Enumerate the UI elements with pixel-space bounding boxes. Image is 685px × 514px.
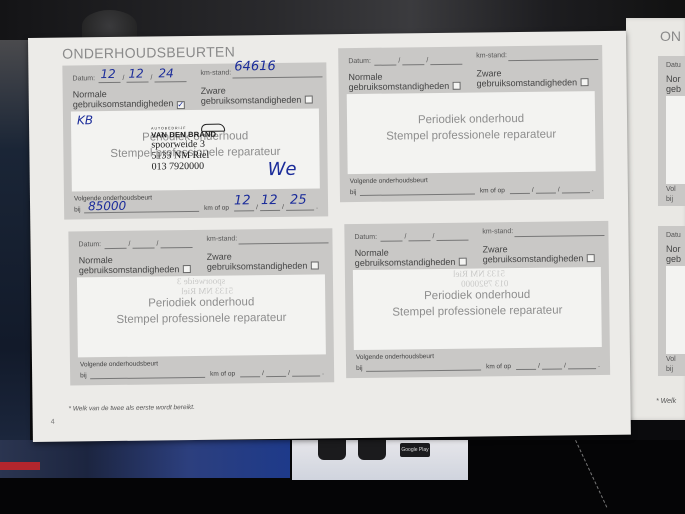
km-reading-field[interactable] [514,235,604,237]
date-year-field[interactable] [430,64,462,65]
normal-conditions: Normale gebruiksomstandigheden [79,254,191,275]
at-label: bij [80,372,87,379]
service-entry-1: Datum: / / 12 12 24 km-stand: 64616 Norm… [62,62,328,219]
km-reading-field[interactable] [239,242,329,244]
heavy-conditions: Zware gebruiksomstandigheden [476,67,588,88]
normal-conditions: Normale gebruiksomstandigheden [355,247,467,268]
next-month-field[interactable] [536,193,556,194]
signature: We [267,159,296,180]
ghost-stamp-city: 5133 NM Riel [181,286,233,297]
next-month-field[interactable] [260,210,280,211]
next-month-value: 12 [261,193,278,208]
next-service-label: Volgende onderhoudsbeurt [356,353,434,361]
date-year-value: 24 [158,66,173,80]
footnote: * Welk van de twee als eerste wordt bere… [68,404,194,413]
stamp-area[interactable]: Periodiek onderhoud Stempel professionel… [347,91,596,174]
notes-handwriting: KB [77,113,93,127]
normal-conditions-checkbox[interactable] [458,258,466,266]
app-leaflet: Google Play [292,440,468,480]
next-service-label: Volgende onderhoudsbeurt [80,360,158,368]
next-km-field[interactable] [366,369,481,371]
heavy-conditions: Zware gebruiksomstandigheden [483,243,595,264]
stamp-caption-line2: Stempel professionele reparateur [77,310,325,328]
date-month-value: 12 [128,67,143,81]
km-reading-field[interactable] [232,76,322,78]
stamp-area[interactable]: Periodiek onderhoud Stempel professionel… [77,274,326,357]
stamp-caption-line2: Stempel professionele reparateur [347,127,595,145]
service-entry-4: Datum: / / km-stand: Normale gebruiksoms… [344,221,610,378]
at-label: bij [350,189,357,196]
date-month-field[interactable] [409,240,431,241]
service-entry-3: Datum: / / km-stand: Normale gebruiksoms… [68,228,334,385]
shield-app-icon-2 [358,440,386,460]
at-label: bij [74,206,81,213]
ghost-stamp-street: spoorweide 3 [177,276,225,287]
stamp-caption-line1: Periodiek onderhoud [353,287,601,305]
stamp-area[interactable]: Periodiek onderhoud Stempel professionel… [71,108,320,191]
date-month-field[interactable] [127,82,149,83]
normal-conditions-checkbox[interactable] [452,82,460,90]
next-km-field[interactable] [90,377,205,379]
date-day-field[interactable] [105,248,127,249]
km-reading-field[interactable] [508,59,598,61]
page-number: 4 [51,419,55,426]
km-reading-label: km-stand: [200,70,231,77]
date-label: Datum: [354,234,377,241]
next-year-value: 25 [290,193,307,208]
next-day-field[interactable] [510,193,530,194]
date-label: Datum: [72,75,95,82]
km-reading-value: 64616 [234,59,276,75]
garage-stamp: AUTOBEDRIJFVAN DEN BRANDspoorweide 35133… [151,125,242,186]
normal-conditions: Normale gebruiksomstandigheden [348,71,460,92]
next-year-field[interactable] [562,192,590,193]
date-day-field[interactable] [381,240,403,241]
date-year-field[interactable] [161,247,193,248]
date-day-field[interactable] [99,82,121,83]
km-or-on-label: km of op [486,363,511,370]
stamp-caption-line1: Periodiek onderhoud [347,111,595,129]
page-title: ONDERHOUDSBEURTEN [62,43,235,61]
km-or-on-label: km of op [210,370,235,377]
normal-conditions-checkbox[interactable]: ✓ [176,101,184,109]
next-year-field[interactable] [286,210,314,211]
heavy-conditions: Zware gebruiksomstandigheden [207,250,319,271]
heavy-conditions-checkbox[interactable] [580,78,588,86]
date-month-field[interactable] [402,64,424,65]
normal-conditions: Normale gebruiksomstandigheden✓ [73,88,185,110]
ghost-stamp-phone: 013 7920000 [461,278,508,289]
next-day-value: 12 [234,193,251,208]
date-month-field[interactable] [133,247,155,248]
next-service-label: Volgende onderhoudsbeurt [350,177,428,185]
stamp-caption-line2: Stempel professionele reparateur [353,303,601,321]
date-day-field[interactable] [374,65,396,66]
heavy-conditions-checkbox[interactable] [586,254,594,262]
right-page: ON Datu Nor geb Vol bij Datu Nor geb Vol… [626,18,685,420]
shield-app-icon [318,440,346,460]
at-label: bij [356,365,363,372]
km-reading-label: km-stand: [476,52,507,59]
stamp-caption-line1: Periodiek onderhoud [77,294,325,312]
km-reading-label: km-stand: [482,228,513,235]
next-year-field[interactable] [292,375,320,376]
car-logo-icon [201,124,225,132]
km-or-on-label: km of op [204,205,229,212]
next-year-field[interactable] [568,368,596,369]
next-km-field[interactable] [360,194,475,196]
normal-conditions-checkbox[interactable] [182,265,190,273]
service-entry-2: Datum: / / km-stand: Normale gebruiksoms… [338,45,604,202]
next-month-field[interactable] [266,376,286,377]
background-card [0,440,290,478]
date-day-value: 12 [100,67,115,81]
google-play-badge: Google Play [400,443,430,457]
next-month-field[interactable] [542,368,562,369]
background-left [0,40,30,480]
date-label: Datum: [348,58,371,65]
ghost-stamp-city: 5133 NM Riel [453,268,505,279]
km-reading-label: km-stand: [206,235,237,242]
next-day-field[interactable] [240,376,260,377]
right-page-title: ON [660,28,681,44]
next-km-value: 85000 [88,199,126,213]
next-day-field[interactable] [516,369,536,370]
km-or-on-label: km of op [480,187,505,194]
date-label: Datum: [78,241,101,248]
stamp-area[interactable]: Periodiek onderhoud Stempel professionel… [353,267,602,350]
right-page-box-1: Datu Nor geb Vol bij [658,56,685,206]
heavy-conditions: Zware gebruiksomstandigheden [201,85,313,106]
date-year-field[interactable] [436,240,468,241]
red-stripe [0,462,40,470]
service-booklet-page: ONDERHOUDSBEURTEN Datum: / / 12 12 24 km… [28,31,631,442]
heavy-conditions-checkbox[interactable] [310,261,318,269]
next-day-field[interactable] [234,210,254,211]
heavy-conditions-checkbox[interactable] [304,96,312,104]
date-year-field[interactable] [155,81,187,82]
right-page-box-2: Datu Nor geb Vol bij [658,226,685,376]
